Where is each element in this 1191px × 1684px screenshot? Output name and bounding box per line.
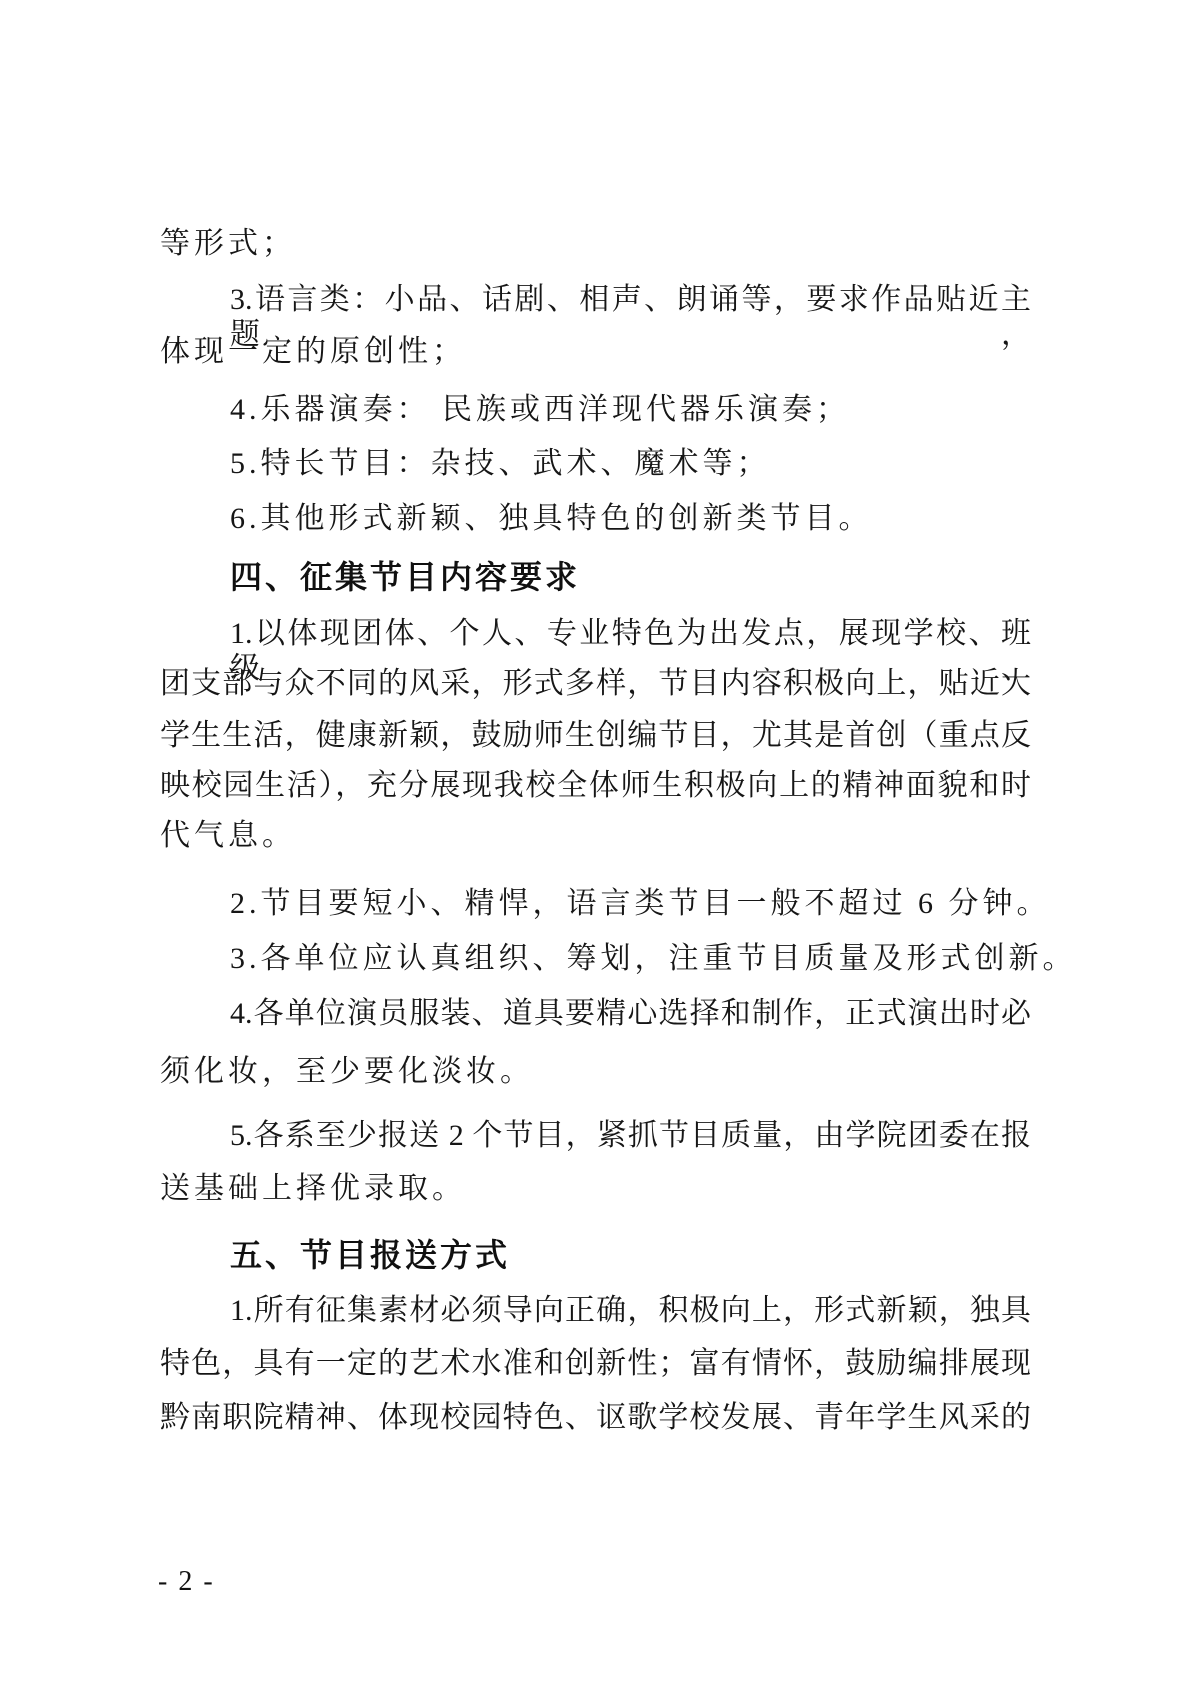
text-line: 等形式； xyxy=(160,227,296,262)
text-line: 1.所有征集素材必须导向正确，积极向上，形式新颖，独具 xyxy=(230,1294,1031,1329)
text-line: 须化妆，至少要化淡妆。 xyxy=(160,1055,534,1090)
section-heading-4: 四、征集节目内容要求 xyxy=(230,559,580,596)
text-line: 映校园生活），充分展现我校全体师生积极向上的精神面貌和时 xyxy=(160,769,1031,804)
text-line: 学生生活，健康新颖，鼓励师生创编节目，尤其是首创（重点反 xyxy=(160,719,1031,754)
section-heading-5: 五、节目报送方式 xyxy=(230,1237,510,1274)
text-line: 2.节目要短小、精悍，语言类节目一般不超过 6 分钟。 xyxy=(230,887,1051,922)
text-line: 5.特长节目：杂技、武术、魔术等； xyxy=(230,447,771,482)
page-number: - 2 - xyxy=(158,1566,215,1598)
text-line: 送基础上择优录取。 xyxy=(160,1172,466,1207)
text-line: 6.其他形式新颖、独具特色的创新类节目。 xyxy=(230,502,873,537)
text-line: 特色，具有一定的艺术水准和创新性；富有情怀，鼓励编排展现 xyxy=(160,1347,1031,1382)
text-line: 团支部与众不同的风采，形式多样，节目内容积极向上，贴近大 xyxy=(160,667,1031,702)
text-line: 5.各系至少报送 2 个节目，紧抓节目质量，由学院团委在报 xyxy=(230,1119,1031,1154)
document-page: 等形式； 3.语言类：小品、话剧、相声、朗诵等，要求作品贴近主题， 体现一定的原… xyxy=(0,0,1191,1684)
text-line: 代气息。 xyxy=(160,819,296,854)
text-line: 体现一定的原创性； xyxy=(160,335,466,370)
text-line: 3.各单位应认真组织、筹划，注重节目质量及形式创新。 xyxy=(230,942,1077,977)
text-line: 黔南职院精神、体现校园特色、讴歌学校发展、青年学生风采的 xyxy=(160,1401,1031,1436)
text-line: 4.各单位演员服装、道具要精心选择和制作，正式演出时必 xyxy=(230,997,1031,1032)
text-line: 4.乐器演奏： 民族或西洋现代器乐演奏； xyxy=(230,393,850,428)
